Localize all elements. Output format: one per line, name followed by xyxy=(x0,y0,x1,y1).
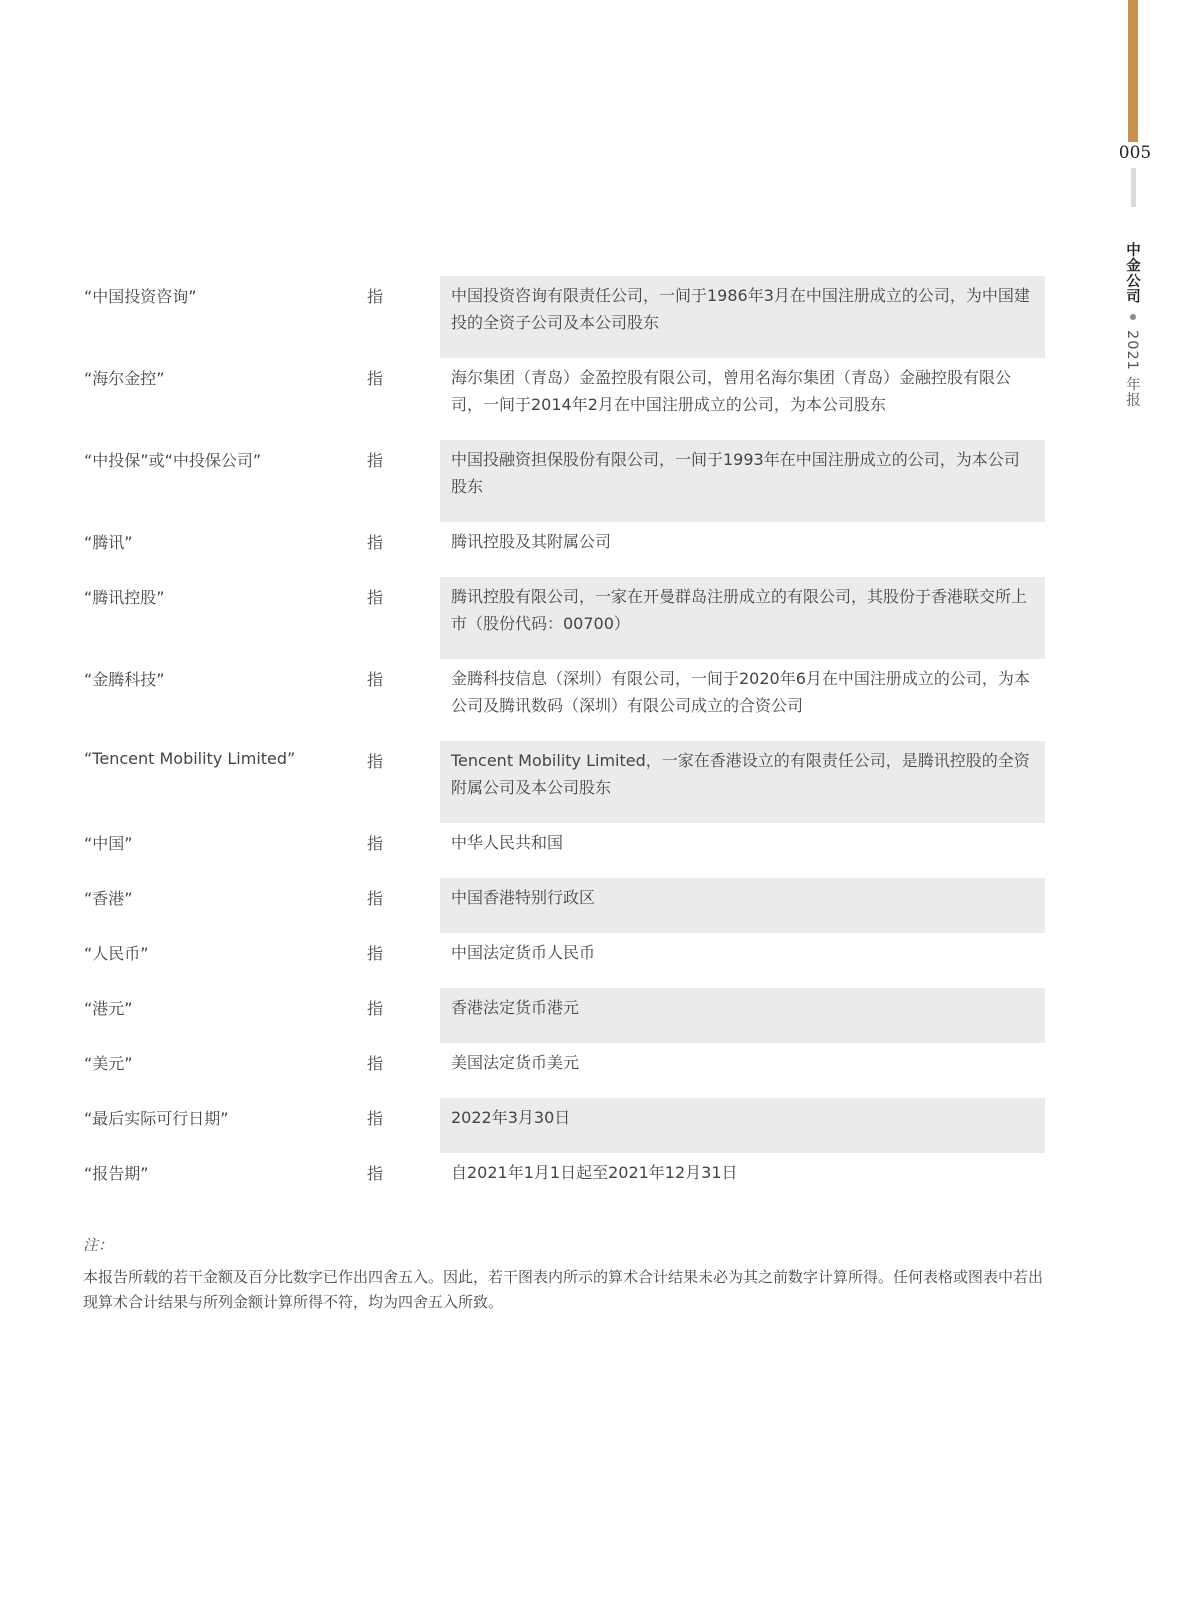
definition-row: “人民币” 指 中国法定货币人民币 xyxy=(0,933,1190,988)
definition-row: “最后实际可行日期” 指 2022年3月30日 xyxy=(0,1098,1190,1153)
means-label: 指 xyxy=(367,749,383,772)
divider-bar xyxy=(1131,168,1136,207)
term: “中国” xyxy=(84,831,133,854)
means-label: 指 xyxy=(367,996,383,1019)
definition-row: “港元” 指 香港法定货币港元 xyxy=(0,988,1190,1043)
means-label: 指 xyxy=(367,1106,383,1129)
description: 中国香港特别行政区 xyxy=(440,878,1045,933)
page-number: 005 xyxy=(1110,143,1160,163)
description: 海尔集团（青岛）金盈控股有限公司，曾用名海尔集团（青岛）金融控股有限公司，一间于… xyxy=(440,358,1045,440)
description: Tencent Mobility Limited，一家在香港设立的有限责任公司，… xyxy=(440,741,1045,823)
description: 腾讯控股有限公司，一家在开曼群岛注册成立的有限公司，其股份于香港联交所上市（股份… xyxy=(440,577,1045,659)
term: “金腾科技” xyxy=(84,667,165,690)
term: “报告期” xyxy=(84,1161,149,1184)
definition-row: “中投保”或“中投保公司” 指 中国投融资担保股份有限公司，一间于1993年在中… xyxy=(0,440,1190,522)
definition-row: “腾讯控股” 指 腾讯控股有限公司，一家在开曼群岛注册成立的有限公司，其股份于香… xyxy=(0,577,1190,659)
means-label: 指 xyxy=(367,886,383,909)
definition-row: “Tencent Mobility Limited” 指 Tencent Mob… xyxy=(0,741,1190,823)
means-label: 指 xyxy=(367,530,383,553)
definition-row: “金腾科技” 指 金腾科技信息（深圳）有限公司，一间于2020年6月在中国注册成… xyxy=(0,659,1190,741)
term: “人民币” xyxy=(84,941,149,964)
definition-row: “中国” 指 中华人民共和国 xyxy=(0,823,1190,878)
means-label: 指 xyxy=(367,366,383,389)
term: “海尔金控” xyxy=(84,366,165,389)
description: 自2021年1月1日起至2021年12月31日 xyxy=(440,1153,1045,1208)
definitions-table: “中国投资咨询” 指 中国投资咨询有限责任公司，一间于1986年3月在中国注册成… xyxy=(0,276,1190,1208)
term: “腾讯控股” xyxy=(84,585,165,608)
term: “中国投资咨询” xyxy=(84,284,197,307)
definition-row: “海尔金控” 指 海尔集团（青岛）金盈控股有限公司，曾用名海尔集团（青岛）金融控… xyxy=(0,358,1190,440)
means-label: 指 xyxy=(367,1051,383,1074)
description: 中华人民共和国 xyxy=(440,823,1045,878)
description: 2022年3月30日 xyxy=(440,1098,1045,1153)
accent-bar xyxy=(1128,0,1138,142)
means-label: 指 xyxy=(367,831,383,854)
definition-row: “中国投资咨询” 指 中国投资咨询有限责任公司，一间于1986年3月在中国注册成… xyxy=(0,276,1190,358)
term: “腾讯” xyxy=(84,530,133,553)
definition-row: “香港” 指 中国香港特别行政区 xyxy=(0,878,1190,933)
definition-row: “报告期” 指 自2021年1月1日起至2021年12月31日 xyxy=(0,1153,1190,1208)
means-label: 指 xyxy=(367,1161,383,1184)
description: 中国投融资担保股份有限公司，一间于1993年在中国注册成立的公司，为本公司股东 xyxy=(440,440,1045,522)
description: 香港法定货币港元 xyxy=(440,988,1045,1043)
definition-row: “美元” 指 美国法定货币美元 xyxy=(0,1043,1190,1098)
description: 中国投资咨询有限责任公司，一间于1986年3月在中国注册成立的公司，为中国建投的… xyxy=(440,276,1045,358)
description: 美国法定货币美元 xyxy=(440,1043,1045,1098)
term: “Tencent Mobility Limited” xyxy=(84,749,295,768)
term: “港元” xyxy=(84,996,133,1019)
means-label: 指 xyxy=(367,585,383,608)
definition-row: “腾讯” 指 腾讯控股及其附属公司 xyxy=(0,522,1190,577)
means-label: 指 xyxy=(367,448,383,471)
means-label: 指 xyxy=(367,941,383,964)
description: 金腾科技信息（深圳）有限公司，一间于2020年6月在中国注册成立的公司，为本公司… xyxy=(440,659,1045,741)
term: “香港” xyxy=(84,886,133,909)
term: “美元” xyxy=(84,1051,133,1074)
note-label: 注： xyxy=(83,1234,113,1255)
term: “中投保”或“中投保公司” xyxy=(84,448,261,471)
description: 腾讯控股及其附属公司 xyxy=(440,522,1045,577)
means-label: 指 xyxy=(367,667,383,690)
term: “最后实际可行日期” xyxy=(84,1106,229,1129)
description: 中国法定货币人民币 xyxy=(440,933,1045,988)
note-text: 本报告所载的若干金额及百分比数字已作出四舍五入。因此，若干图表内所示的算术合计结… xyxy=(83,1265,1048,1315)
means-label: 指 xyxy=(367,284,383,307)
